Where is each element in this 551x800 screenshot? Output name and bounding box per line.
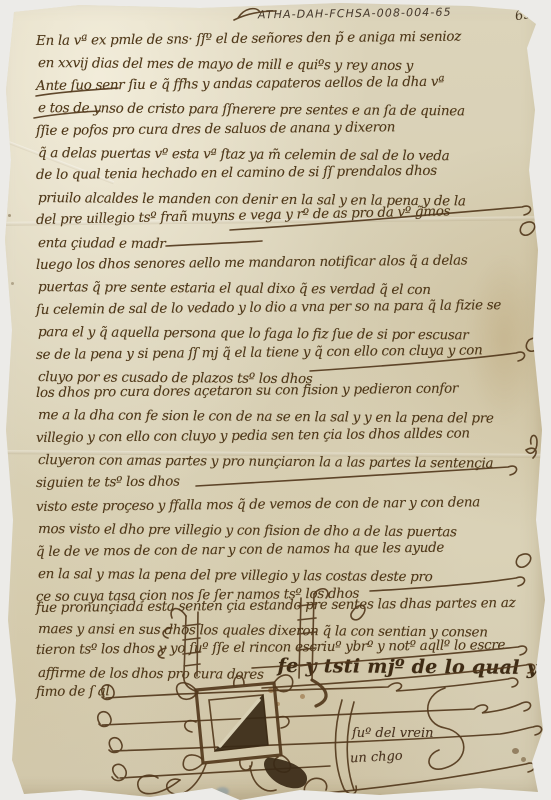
manuscript-line: luego los dhos senores aello me mandaron… xyxy=(36,249,541,277)
manuscript-line: fue pronunçiada esta senten çia estando … xyxy=(36,593,541,619)
folio-number: 69 xyxy=(514,7,533,25)
manuscript-line: se de la pena y si pena ſſ mj q̃ el la t… xyxy=(36,338,541,366)
bottom-flourish-line xyxy=(98,702,531,726)
paragraph-closing: fue pronunçiada esta senten çia estando … xyxy=(36,598,541,703)
manuscript-line: Ante ſuo senr ſiu e q̃ ffhs y andas capa… xyxy=(36,69,541,97)
notary-signature-title: un chgo xyxy=(350,749,403,767)
manuscript-line: visto este proçeso y ffalla mos q̃ de ve… xyxy=(36,491,541,519)
edge-stain xyxy=(512,748,519,754)
archive-reference: ATHA-DAH-FCHSA-008-004-65 xyxy=(258,6,452,22)
manuscript-line: ſu celemin de sal de lo vedado y lo dio … xyxy=(36,293,541,321)
paragraph-notification: luego los dhos senores aello me mandaron… xyxy=(36,254,541,388)
manuscript-line: los dhos pro cura dores açetaron su con … xyxy=(36,377,541,405)
manuscript-line: En la vª ex pmle de sns· ſſº el de señor… xyxy=(36,25,541,53)
notarial-square-hatch xyxy=(215,695,268,751)
notarial-square-inner xyxy=(209,695,268,751)
notarial-corner-loop xyxy=(274,755,291,772)
paragraph-opening: En la vª ex pmle de sns· ſſº el de señor… xyxy=(36,30,541,254)
notary-signature-name: ſuº del vrein xyxy=(352,726,434,741)
manuscript-line: fimo de ſ al xyxy=(36,677,541,703)
manuscript-line: q̃ le de ve mos de con de nar y con de n… xyxy=(36,535,541,563)
notarial-square-hatch-line xyxy=(220,700,259,746)
bottom-flourish-line xyxy=(109,726,542,752)
notarial-foot xyxy=(265,758,307,788)
paragraph-confession: los dhos pro cura dores açetaron su con … xyxy=(36,382,541,494)
bottom-flourish-line xyxy=(112,764,330,780)
manuscript-line: ſſie e pofos pro cura dres de saluos de … xyxy=(36,114,541,142)
signature-rubric xyxy=(335,700,356,794)
notarial-corner-loop xyxy=(183,755,203,770)
manuscript-line: siguien te tsº los dhos xyxy=(36,466,541,494)
speck xyxy=(8,214,11,217)
signature-underline xyxy=(304,763,534,796)
speck xyxy=(11,282,14,285)
edge-stain xyxy=(521,757,526,762)
notarial-leg xyxy=(167,764,206,794)
manuscript-page: ATHA-DAH-FCHSA-008-004-65 69 En la vª ex… xyxy=(0,0,551,800)
manuscript-line: villegio y con ello con cluyo y pedia se… xyxy=(36,421,541,449)
paragraph-sentence: visto este proçeso y ffalla mos q̃ de ve… xyxy=(36,496,541,608)
notarial-leg xyxy=(138,775,180,794)
notarial-leg xyxy=(250,766,276,791)
blue-stain xyxy=(216,787,229,796)
manuscript-line: de lo qual tenia hechado en el camino de… xyxy=(36,159,541,187)
